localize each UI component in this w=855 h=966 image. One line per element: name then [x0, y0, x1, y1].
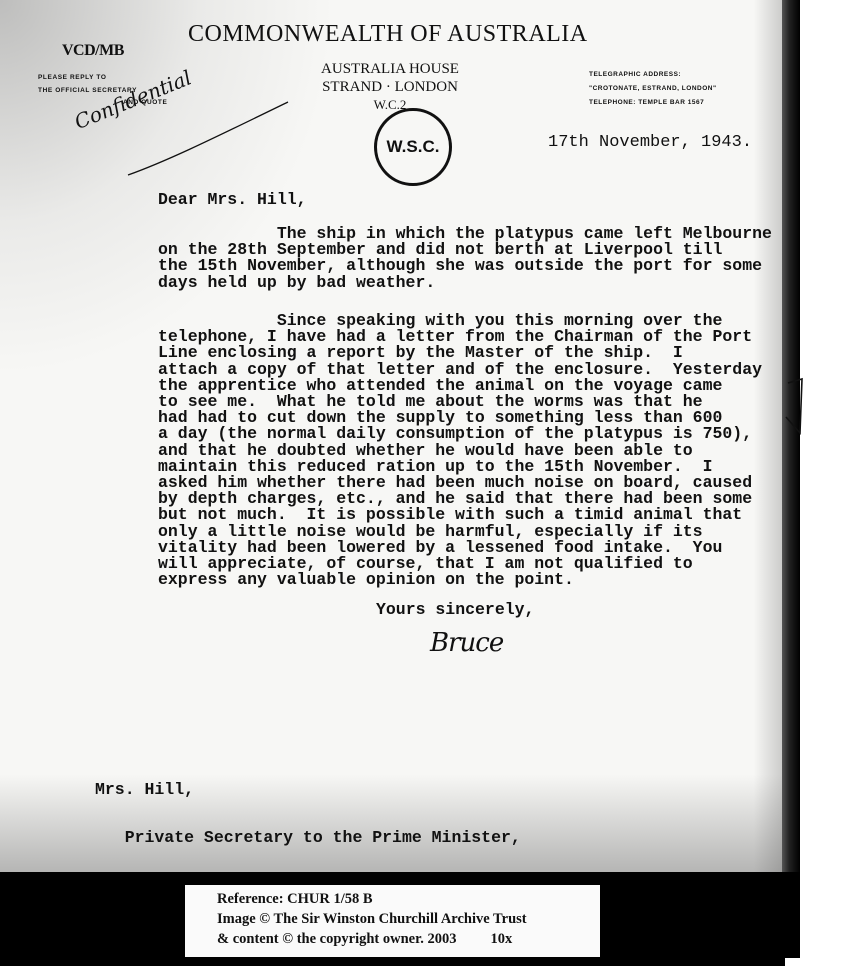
paragraph: The ship in which the platypus came left… — [158, 226, 772, 291]
recipient-line: Private Secretary to the Prime Minister, — [95, 830, 521, 846]
salutation: Dear Mrs. Hill, — [158, 190, 307, 209]
signature: Bruce — [430, 628, 503, 658]
telegraph-info: Telegraphic Address: "Crotonate, Estrand… — [589, 68, 717, 110]
margin-bracket-mark — [780, 375, 820, 455]
address-line: AUSTRALIA HOUSE — [300, 60, 480, 78]
wsc-stamp: W.S.C. — [374, 108, 452, 186]
letter-date: 17th November, 1943. — [548, 133, 752, 152]
letterhead-address: AUSTRALIA HOUSE STRAND · LONDON W.C.2 — [300, 60, 480, 114]
recipient-line: Mrs. Hill, — [95, 782, 521, 798]
address-line: W.C.2 — [300, 96, 480, 114]
telegraph-line: "Crotonate, Estrand, London" — [589, 82, 717, 96]
caption-image-credit: Image © The Sir Winston Churchill Archiv… — [217, 909, 600, 929]
paragraph: Since speaking with you this morning ove… — [158, 313, 762, 588]
caption-content-credit: & content © the copyright owner. 200310x — [217, 929, 600, 949]
telegraph-line: Telegraphic Address: — [589, 68, 717, 82]
caption-size: 10x — [490, 931, 512, 947]
address-line: STRAND · LONDON — [300, 78, 480, 96]
telegraph-line: Telephone: Temple Bar 1567 — [589, 96, 717, 110]
caption-reference: Reference: CHUR 1/58 B — [217, 889, 600, 909]
caption-content-text: & content © the copyright owner. 2003 — [217, 931, 456, 947]
closing: Yours sincerely, — [376, 600, 534, 619]
archive-caption: Reference: CHUR 1/58 B Image © The Sir W… — [185, 885, 600, 957]
scan-bottom-band — [600, 872, 800, 958]
